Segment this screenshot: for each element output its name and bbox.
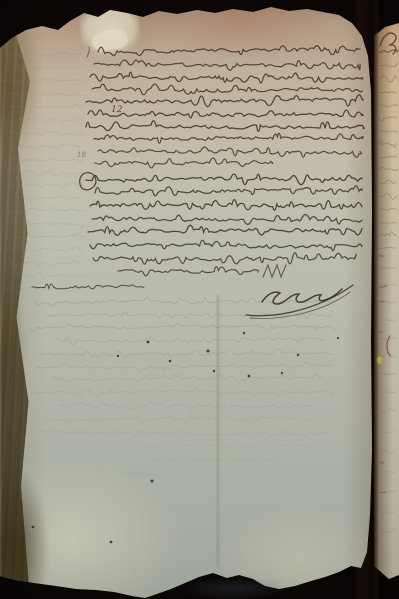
ink-speck <box>281 372 283 374</box>
handwriting-stroke <box>118 267 258 276</box>
handwriting-stroke <box>380 104 397 106</box>
handwriting-stroke <box>380 180 396 183</box>
ink-speck <box>337 337 339 339</box>
handwriting-stroke <box>5 169 83 176</box>
handwriting-stroke <box>88 110 363 118</box>
handwriting-stroke <box>60 402 312 410</box>
handwriting-stroke <box>6 273 84 279</box>
handwriting-stroke <box>380 529 395 533</box>
handwriting-stroke <box>380 267 396 269</box>
ink-speck <box>32 526 35 529</box>
handwriting-stroke <box>90 200 362 211</box>
handwriting-stroke <box>377 492 386 493</box>
handwriting-stroke <box>380 284 395 285</box>
ink-speck <box>248 375 251 378</box>
handwriting-stroke <box>7 158 83 163</box>
handwriting-stroke <box>6 93 85 96</box>
handwriting-stroke <box>380 232 396 236</box>
handwriting-stroke <box>98 46 360 56</box>
handwriting-stroke <box>3 144 83 148</box>
handwriting-stroke <box>88 225 362 235</box>
margin-numeral: 18 <box>77 152 86 159</box>
handwriting-stroke <box>380 156 396 158</box>
ink-speck <box>147 341 150 344</box>
handwriting-stroke <box>90 72 362 83</box>
handwriting-stroke <box>377 286 386 287</box>
ink-speck <box>110 541 113 544</box>
handwriting-stroke <box>86 121 364 132</box>
handwriting-stroke <box>379 117 397 122</box>
handwriting-stroke <box>86 174 362 184</box>
handwriting-stroke <box>7 65 83 69</box>
handwriting-stroke <box>379 63 397 67</box>
handwriting-stroke <box>94 60 360 70</box>
handwriting-stroke <box>380 75 396 82</box>
handwriting-stroke <box>130 444 315 449</box>
handwriting-stroke <box>4 118 83 123</box>
paragraph-initial <box>80 173 96 190</box>
inline-numeral: 12 <box>111 106 123 115</box>
handwriting-stroke <box>379 247 396 248</box>
handwriting-stroke <box>52 374 324 381</box>
handwriting-stroke <box>5 285 83 292</box>
handwriting-stroke <box>6 131 83 135</box>
handwriting-stroke <box>380 320 395 321</box>
handwriting-stroke <box>380 338 395 339</box>
handwriting-stroke <box>86 95 363 107</box>
handwriting-stroke <box>90 240 362 251</box>
handwriting-stroke <box>3 78 83 84</box>
ink-speck <box>297 354 299 356</box>
handwriting-stroke <box>380 512 395 515</box>
handwriting-stroke <box>34 388 332 396</box>
handwriting-stroke <box>6 207 83 212</box>
handwriting-stroke <box>95 158 273 168</box>
handwriting-stroke <box>380 208 396 210</box>
handwriting-stroke <box>38 429 327 437</box>
handwriting-stroke <box>380 409 395 413</box>
ink-speck <box>169 360 172 363</box>
first-line-lead-mark <box>87 47 89 57</box>
handwriting-stroke <box>120 472 280 478</box>
handwriting-stroke <box>376 301 384 302</box>
ink-speck <box>117 355 119 357</box>
manuscript-photo: 12 18 <box>0 0 399 599</box>
handwriting-stroke <box>379 194 397 199</box>
handwriting-stroke <box>56 337 324 345</box>
handwriting-stroke <box>4 182 83 188</box>
ink-speck <box>213 370 215 372</box>
handwriting-stroke <box>7 247 83 251</box>
handwriting-stroke <box>36 362 332 371</box>
handwriting-stroke <box>5 233 84 240</box>
handwriting-stroke <box>380 471 395 473</box>
handwriting-stroke <box>8 197 83 200</box>
handwriting-stroke <box>4 261 83 267</box>
handwriting-stroke <box>36 298 334 306</box>
handwriting-stroke <box>380 353 395 357</box>
handwriting-stroke <box>92 215 362 225</box>
handwriting-layer <box>0 0 399 599</box>
handwriting-stroke <box>379 141 396 147</box>
handwriting-stroke <box>380 374 395 375</box>
handwriting-stroke <box>98 147 361 157</box>
ink-speck <box>207 350 210 353</box>
handwriting-stroke <box>94 133 363 143</box>
closing-w-flourish <box>263 265 286 277</box>
handwriting-stroke <box>152 457 282 462</box>
handwriting-stroke <box>95 186 362 196</box>
handwriting-stroke <box>380 131 397 133</box>
ink-speck <box>243 332 245 334</box>
handwriting-stroke <box>379 222 396 223</box>
handwriting-stroke <box>379 167 397 170</box>
handwriting-stroke <box>3 220 83 228</box>
handwriting-stroke <box>93 253 356 264</box>
handwriting-stroke <box>379 92 396 93</box>
handwriting-stroke <box>44 415 322 423</box>
handwriting-stroke <box>380 391 395 393</box>
handwriting-stroke <box>92 84 362 95</box>
handwriting-stroke <box>380 450 395 453</box>
ink-speck <box>151 480 154 483</box>
handwriting-stroke <box>376 462 384 464</box>
handwriting-stroke <box>376 255 383 257</box>
handwriting-stroke <box>40 349 332 357</box>
handwriting-stroke <box>30 323 335 330</box>
handwriting-stroke <box>380 432 395 433</box>
handwriting-stroke <box>4 52 83 56</box>
handwriting-stroke <box>8 104 83 108</box>
